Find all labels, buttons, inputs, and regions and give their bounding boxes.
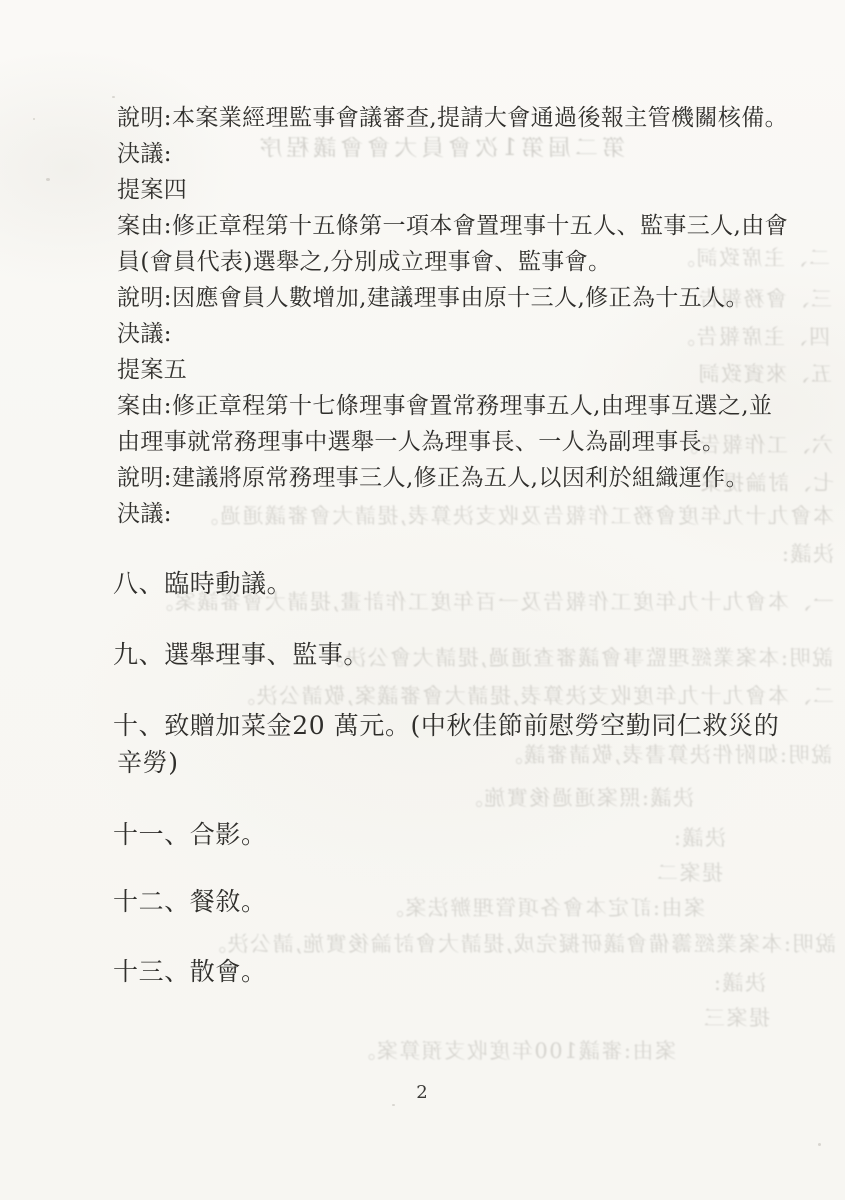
doc-line-anyou-4b: 員(會員代表)選舉之,分別成立理事會、監事會。: [117, 250, 611, 275]
agenda-item-9: 九、選舉理事、監事。: [113, 641, 369, 668]
doc-line-anyou-5b: 由理事就常務理事中選舉一人為理事長、一人為副理事長。: [117, 430, 725, 455]
bleedthrough-line: 四、主席報告。: [650, 326, 830, 349]
scanned-document-page: 第二屆第1次會員大會會議程序 二、主席致詞。 三、會務報告。 四、主席報告。 五…: [0, 0, 845, 1200]
doc-line-shuoming-5: 說明:建議將原常務理事三人,修正為五人,以因利於組織運作。: [117, 466, 749, 491]
bleedthrough-line: 決議:: [650, 827, 726, 850]
doc-line-jueyi-5: 決議:: [117, 502, 172, 527]
doc-line-anyou-5: 案由:修正章程第十七條理事會置常務理事五人,由理事互選之,並: [117, 394, 772, 419]
bleedthrough-line: 第二屆第1次會員大會會議程序: [243, 137, 625, 160]
bleedthrough-line: 說明:本案業經籌備會議研擬完成,提請大會討論後實施,請公決。: [118, 933, 836, 956]
agenda-item-10b: 辛勞): [117, 749, 179, 776]
doc-line-shuoming-4: 說明:因應會員人數增加,建議理事由原十三人,修正為十五人。: [117, 286, 749, 311]
bleedthrough-line: 決議:照案通過後實施。: [432, 787, 694, 810]
agenda-item-8: 八、臨時動議。: [113, 570, 292, 597]
agenda-item-12: 十二、餐敘。: [113, 888, 267, 915]
bleedthrough-line: 提案二: [643, 862, 723, 885]
bleedthrough-line: 決議:: [690, 972, 766, 995]
agenda-item-11: 十一、合影。: [113, 821, 267, 848]
agenda-item-13: 十三、散會。: [113, 958, 267, 985]
scan-speckle: [818, 1143, 821, 1146]
doc-line-tian-5: 提案五: [117, 358, 187, 383]
agenda-item-10: 十、致贈加菜金20 萬元。(中秋佳節前慰勞空勤同仁救災的: [113, 712, 779, 739]
page-number: 2: [0, 1082, 845, 1103]
bleedthrough-line: 說明:本案業經理監事會議審查通過,提請大會公決。: [300, 647, 833, 670]
bleedthrough-line: 二、主席致詞。: [650, 247, 830, 270]
bleedthrough-line: 案由:訂定本會各項管理辦法案。: [365, 897, 705, 920]
doc-line-tian-4: 提案四: [117, 178, 187, 203]
scan-speckle: [46, 178, 50, 181]
scan-speckle: [112, 96, 115, 98]
bleedthrough-line: 提案三: [690, 1007, 770, 1030]
scan-speckle: [33, 118, 35, 120]
bleedthrough-line: 決議:: [758, 543, 834, 566]
bleedthrough-line: 本會九十九年度會務工作報告及收支決算表,提請大會審議通過。: [130, 505, 834, 528]
doc-line-shuoming-1: 說明:本案業經理監事會議審查,提請大會通過後報主管機關核備。: [117, 106, 788, 131]
doc-line-jueyi-1: 決議:: [117, 142, 172, 167]
bleedthrough-line: 五、來賓致詞。: [700, 363, 832, 386]
doc-line-jueyi-4: 決議:: [117, 322, 172, 347]
bleedthrough-line: 說明:如附件決算書表,敬請審議。: [430, 744, 832, 767]
bleedthrough-line: 二、本會九十九年度收支決算表,提請大會審議案,敬請公決。: [118, 685, 834, 708]
bleedthrough-line: 案由:審議100年度收支預算案。: [330, 1040, 676, 1063]
scan-speckle: [392, 1104, 395, 1106]
doc-line-anyou-4: 案由:修正章程第十五條第一項本會置理事十五人、監事三人,由會: [117, 214, 788, 239]
